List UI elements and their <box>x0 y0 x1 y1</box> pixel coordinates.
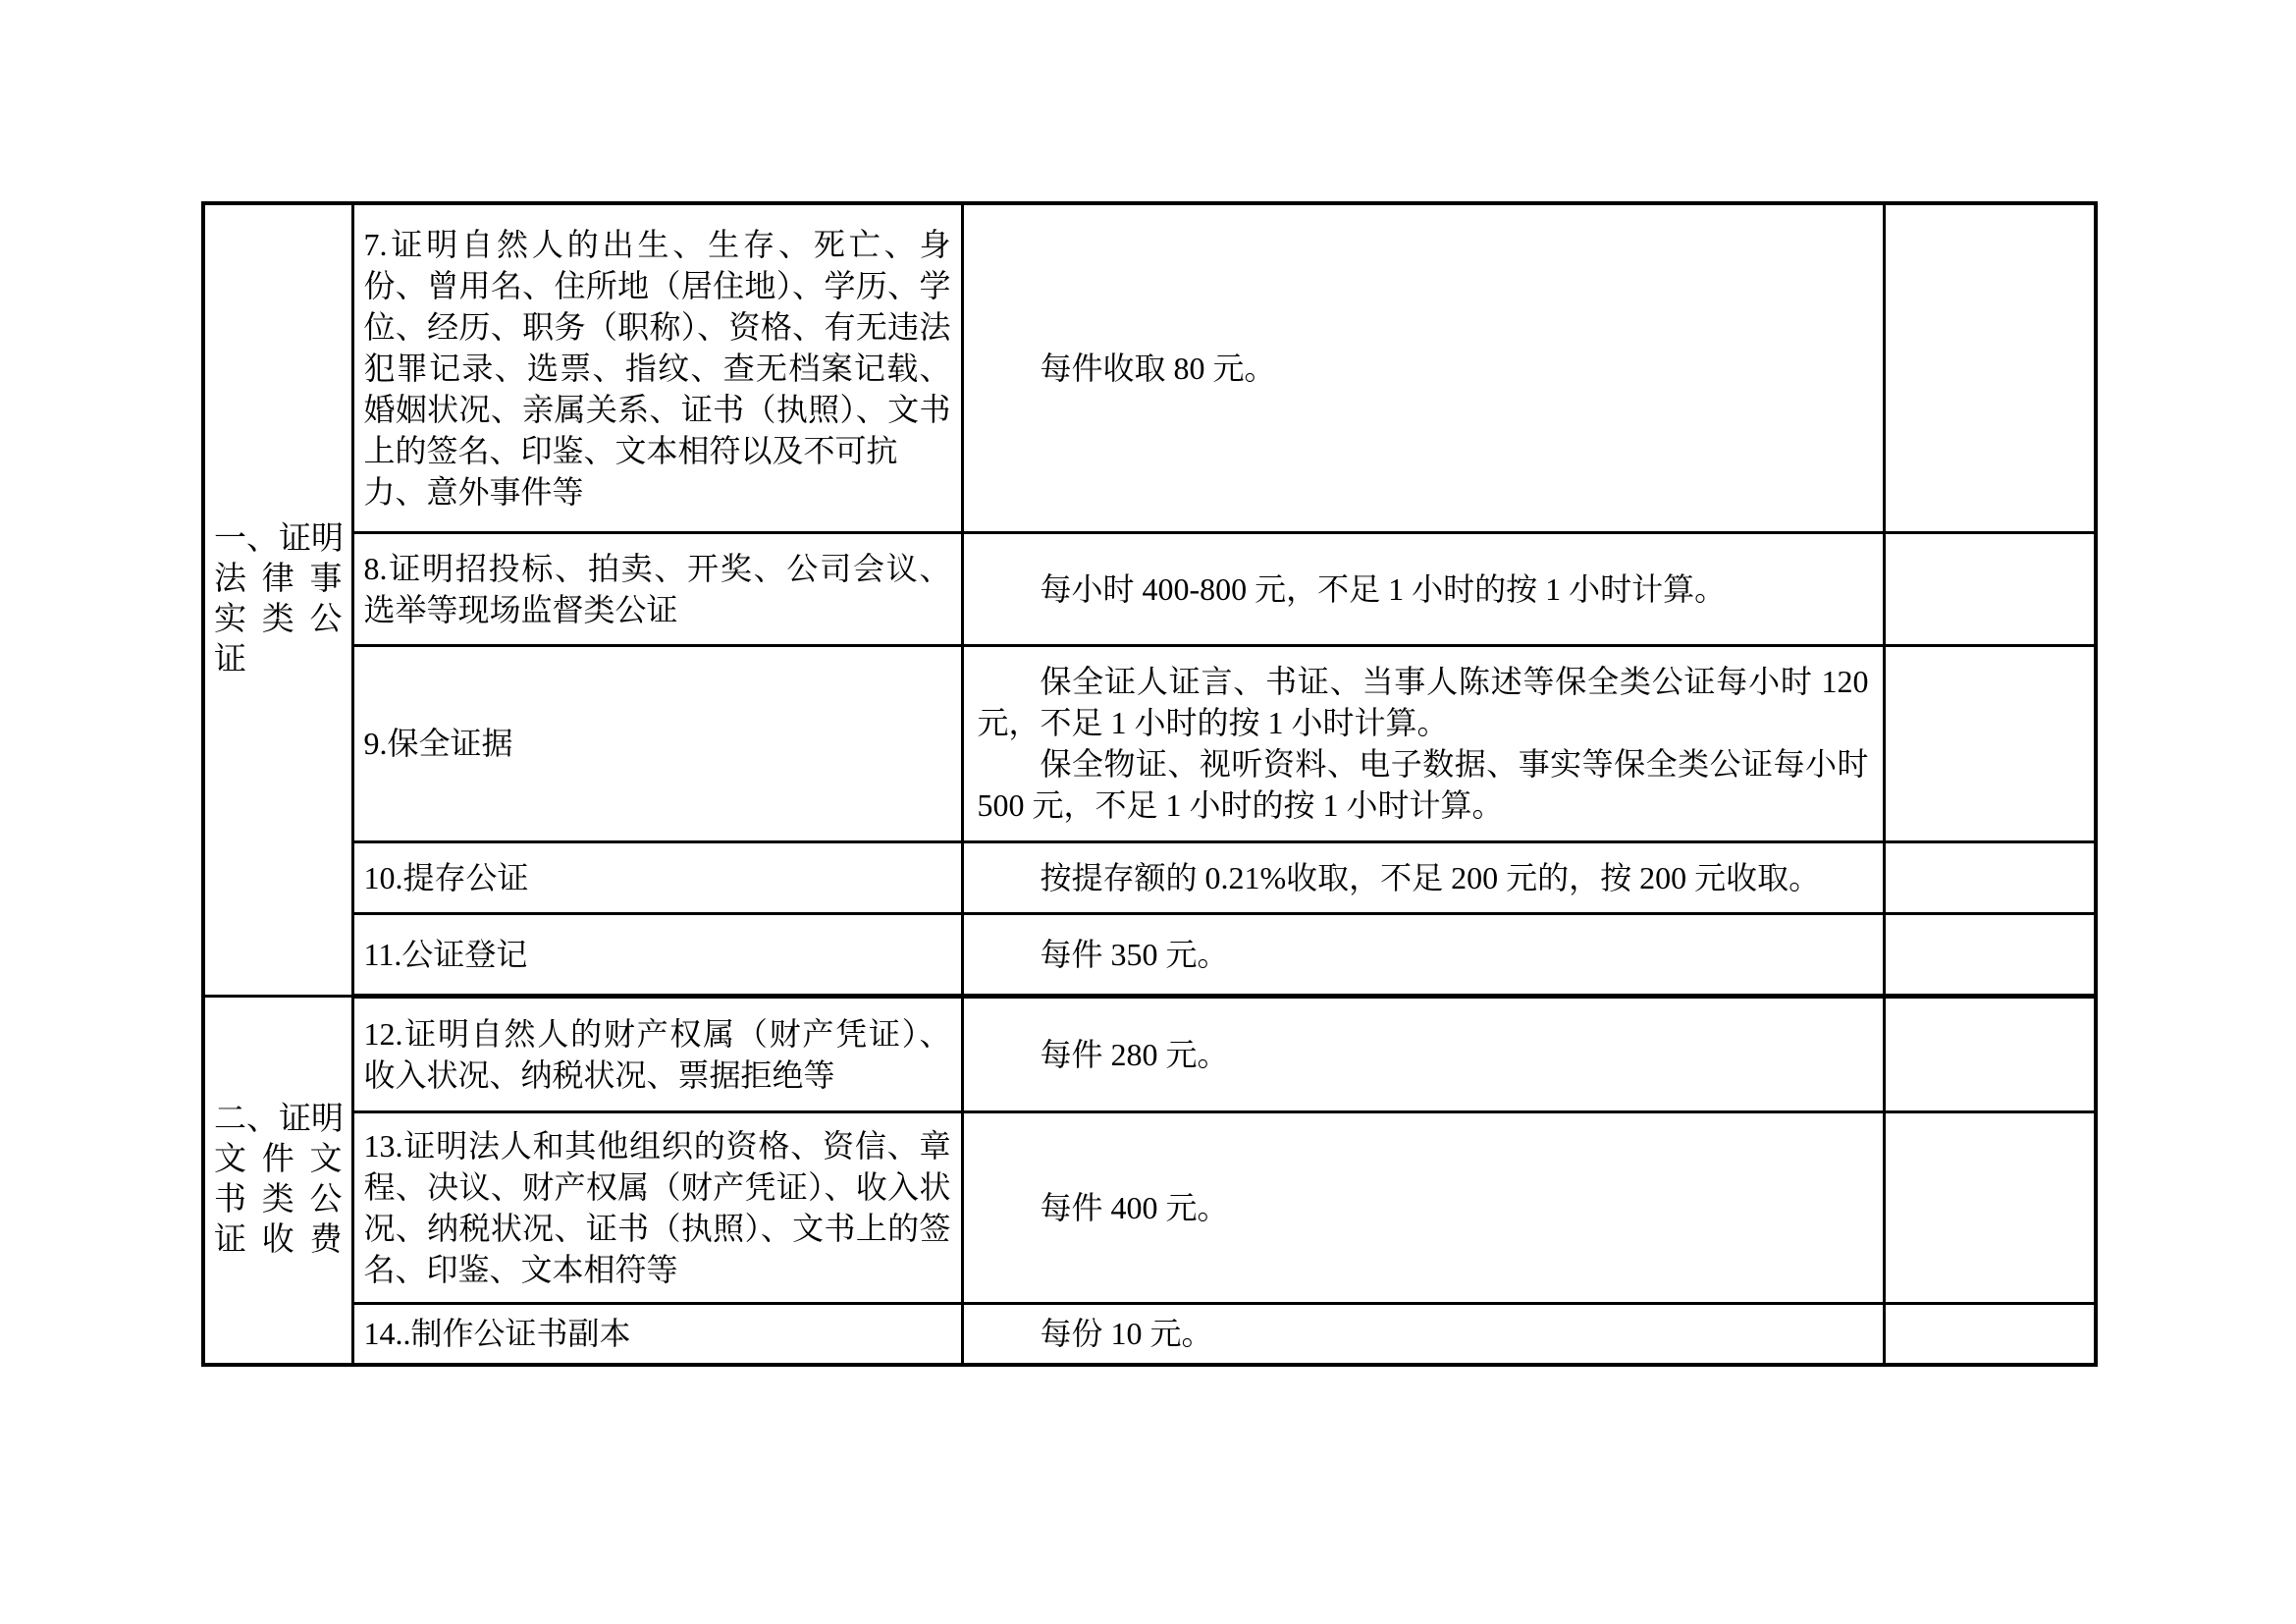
table-row: 9.保全证据 保全证人证言、书证、当事人陈述等保全类公证每小时 120 元，不足… <box>203 645 2096 841</box>
fee-text: 每件 350 元。 <box>978 934 1869 975</box>
note-cell-7 <box>1884 203 2096 532</box>
note-cell-14 <box>1884 1303 2096 1365</box>
fee-cell-14: 每份 10 元。 <box>962 1303 1884 1365</box>
item-text: 7.证明自然人的出生、生存、死亡、身份、曾用名、住所地（居住地）、学历、学位、经… <box>364 224 951 471</box>
fee-cell-11: 每件 350 元。 <box>962 913 1884 996</box>
item-text: 9.保全证据 <box>364 723 951 764</box>
section-label-line: 法律事 <box>214 560 343 600</box>
item-text: 14..制作公证书副本 <box>364 1313 951 1354</box>
note-cell-10 <box>1884 841 2096 913</box>
section-label-line: 文件文 <box>214 1140 343 1180</box>
fee-text: 每件 400 元。 <box>978 1187 1869 1228</box>
section-label-line: 证收费 <box>214 1220 343 1261</box>
section-label-line: 实类公 <box>214 600 343 640</box>
item-cell-9: 9.保全证据 <box>352 645 962 841</box>
section-cell-legal-facts: 一、证明 法律事 实类公 证 <box>203 203 352 996</box>
fee-cell-8: 每小时 400-800 元，不足 1 小时的按 1 小时计算。 <box>962 532 1884 645</box>
fee-text: 按提存额的 0.21%收取，不足 200 元的，按 200 元收取。 <box>978 857 1869 898</box>
fee-text: 每小时 400-800 元，不足 1 小时的按 1 小时计算。 <box>978 568 1869 610</box>
item-text: 10.提存公证 <box>364 857 951 898</box>
item-text-continuation: 力、意外事件等 <box>364 471 951 513</box>
item-cell-12: 12.证明自然人的财产权属（财产凭证）、收入状况、纳税状况、票据拒绝等 <box>352 996 962 1111</box>
fee-cell-9: 保全证人证言、书证、当事人陈述等保全类公证每小时 120 元，不足 1 小时的按… <box>962 645 1884 841</box>
note-cell-11 <box>1884 913 2096 996</box>
fee-cell-7: 每件收取 80 元。 <box>962 203 1884 532</box>
fee-cell-13: 每件 400 元。 <box>962 1111 1884 1303</box>
section-label-line: 一、证明 <box>214 519 343 560</box>
fee-text: 保全证人证言、书证、当事人陈述等保全类公证每小时 120 元，不足 1 小时的按… <box>978 661 1869 743</box>
fee-text-2: 保全物证、视听资料、电子数据、事实等保全类公证每小时 500 元，不足 1 小时… <box>978 743 1869 826</box>
fee-cell-10: 按提存额的 0.21%收取，不足 200 元的，按 200 元收取。 <box>962 841 1884 913</box>
table-row: 8.证明招投标、拍卖、开奖、公司会议、选举等现场监督类公证 每小时 400-80… <box>203 532 2096 645</box>
section-label-line: 二、证明 <box>214 1100 343 1140</box>
notary-fee-table: 一、证明 法律事 实类公 证 7.证明自然人的出生、生存、死亡、身份、曾用名、住… <box>201 201 2098 1367</box>
note-cell-9 <box>1884 645 2096 841</box>
table-row: 一、证明 法律事 实类公 证 7.证明自然人的出生、生存、死亡、身份、曾用名、住… <box>203 203 2096 532</box>
note-cell-12 <box>1884 996 2096 1111</box>
item-text: 13.证明法人和其他组织的资格、资信、章程、决议、财产权属（财产凭证）、收入状况… <box>364 1125 951 1290</box>
item-cell-11: 11.公证登记 <box>352 913 962 996</box>
table-row: 11.公证登记 每件 350 元。 <box>203 913 2096 996</box>
item-text: 11.公证登记 <box>364 934 951 975</box>
item-cell-13: 13.证明法人和其他组织的资格、资信、章程、决议、财产权属（财产凭证）、收入状况… <box>352 1111 962 1303</box>
table-row: 13.证明法人和其他组织的资格、资信、章程、决议、财产权属（财产凭证）、收入状况… <box>203 1111 2096 1303</box>
item-text: 12.证明自然人的财产权属（财产凭证）、收入状况、纳税状况、票据拒绝等 <box>364 1013 951 1096</box>
item-cell-14: 14..制作公证书副本 <box>352 1303 962 1365</box>
fee-cell-12: 每件 280 元。 <box>962 996 1884 1111</box>
section-label-line: 证 <box>214 640 343 680</box>
note-cell-8 <box>1884 532 2096 645</box>
item-text: 8.证明招投标、拍卖、开奖、公司会议、选举等现场监督类公证 <box>364 548 951 630</box>
fee-text: 每份 10 元。 <box>978 1313 1869 1354</box>
document-page: 一、证明 法律事 实类公 证 7.证明自然人的出生、生存、死亡、身份、曾用名、住… <box>201 201 2098 1367</box>
item-cell-10: 10.提存公证 <box>352 841 962 913</box>
fee-text: 每件收取 80 元。 <box>978 348 1869 389</box>
item-cell-7: 7.证明自然人的出生、生存、死亡、身份、曾用名、住所地（居住地）、学历、学位、经… <box>352 203 962 532</box>
table-row: 10.提存公证 按提存额的 0.21%收取，不足 200 元的，按 200 元收… <box>203 841 2096 913</box>
section-cell-documents: 二、证明 文件文 书类公 证收费 <box>203 996 352 1365</box>
table-row: 14..制作公证书副本 每份 10 元。 <box>203 1303 2096 1365</box>
note-cell-13 <box>1884 1111 2096 1303</box>
section-label-line: 书类公 <box>214 1180 343 1220</box>
table-row: 二、证明 文件文 书类公 证收费 12.证明自然人的财产权属（财产凭证）、收入状… <box>203 996 2096 1111</box>
fee-text: 每件 280 元。 <box>978 1034 1869 1075</box>
item-cell-8: 8.证明招投标、拍卖、开奖、公司会议、选举等现场监督类公证 <box>352 532 962 645</box>
